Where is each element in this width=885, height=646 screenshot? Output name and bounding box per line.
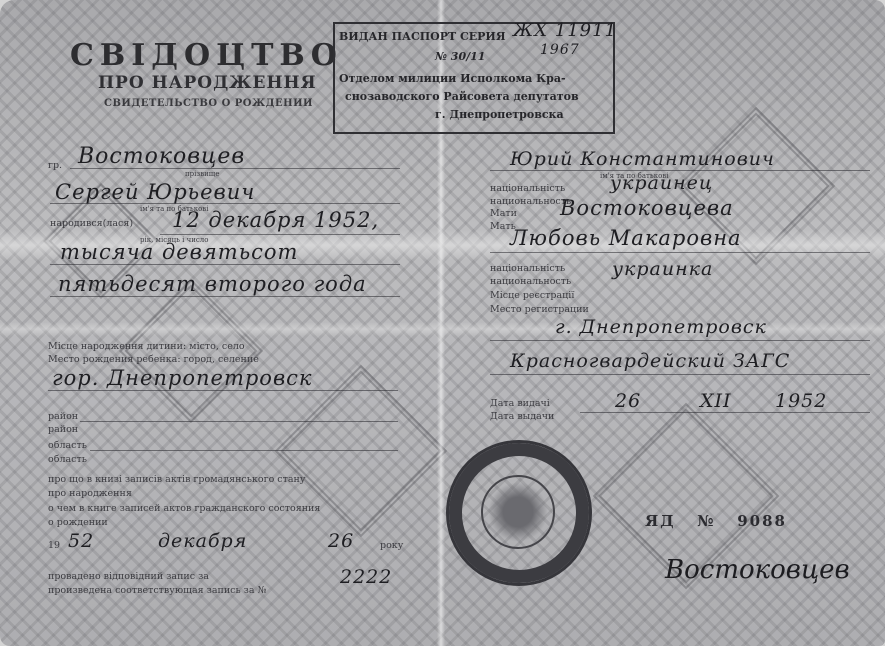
value-name-patronymic: Сергей Юрьевич [55, 180, 255, 204]
stamp-passport-number: ЖХ 11911 [513, 20, 617, 41]
value-record-day: 26 [328, 530, 354, 552]
label-mother-nationality: національність [490, 263, 565, 274]
value-birth-date: 12 декабря 1952, [172, 208, 379, 232]
value-father-nationality: украинец [610, 172, 713, 194]
value-surname: Востоковцев [78, 144, 245, 169]
rule [490, 170, 870, 171]
label-raion-uk: район [48, 411, 78, 422]
value-birth-words-2: пятьдесят второго года [58, 272, 367, 296]
rule [48, 390, 398, 391]
serial-no-sign: № [697, 512, 715, 530]
value-father-name: Юрий Константинович [510, 148, 775, 170]
document-subtitle-ru: СВИДЕТЕЛЬСТВО О РОЖДЕНИИ [104, 98, 313, 109]
value-registry-place-1: г. Днепропетровск [555, 316, 767, 338]
rule [50, 203, 400, 204]
value-birth-words-1: тысяча девятьсот [60, 240, 298, 264]
value-issue-year: 1952 [775, 390, 827, 412]
value-issue-month: XII [700, 390, 732, 412]
label-registry-ru3: о рождении [48, 517, 108, 528]
serial-value: 9088 [737, 512, 787, 530]
stamp-year: 1967 [540, 42, 580, 58]
official-seal [446, 440, 592, 586]
label-registry-ru2: о чем в книге записей актов гражданского… [48, 503, 320, 514]
document-title: СВІДОЦТВО [70, 38, 343, 73]
rule [490, 374, 870, 375]
stamp-line-3: Отделом милиции Исполкома Кра- [339, 72, 566, 85]
label-issue-date-ru: Дата выдачи [490, 411, 554, 422]
rule [50, 296, 400, 297]
label-father-nationality-ru: национальность [490, 196, 571, 207]
label-father-nationality: національність [490, 183, 565, 194]
label-registration-place: Місце реєстрації [490, 290, 574, 301]
label-mother: Мати [490, 208, 517, 219]
label-registry-ru: про народження [48, 488, 132, 499]
registrar-signature: Востоковцев [665, 555, 850, 585]
label-record-made-ru: произведена соответствующая запись за № [48, 585, 267, 596]
label-registry-uk: про що в книзі записів актів громадянськ… [48, 474, 305, 485]
hint-surname: прізвище [185, 170, 219, 178]
label-year-prefix: 19 [48, 540, 60, 551]
value-registry-place-2: Красногвардейский ЗАГС [510, 350, 790, 372]
birth-certificate-scan: СВІДОЦТВО ПРО НАРОДЖЕННЯ СВИДЕТЕЛЬСТВО О… [0, 0, 885, 646]
value-mother-name: Любовь Макаровна [510, 226, 742, 250]
label-born: народився(лася) [50, 218, 133, 229]
rule [90, 450, 398, 451]
serial-number: ЯД № 9088 [645, 512, 787, 530]
rule [490, 340, 870, 341]
passport-stamp: ВИДАН ПАСПОРТ СЕРИЯ ЖХ 11911 № 30/11 196… [333, 22, 615, 134]
label-year-word: року [380, 540, 403, 551]
value-record-month: декабря [158, 530, 247, 552]
rule [580, 412, 870, 413]
label-mother-nationality-ru: национальность [490, 276, 571, 287]
label-oblast-uk: область [48, 440, 87, 451]
label-registration-place-ru: Место регистрации [490, 304, 589, 315]
label-oblast-ru: область [48, 454, 87, 465]
label-place-of-birth-uk: Місце народження дитини: місто, село [48, 341, 245, 352]
rule [80, 421, 398, 422]
seal-emblem-icon [481, 475, 555, 549]
serial-label: ЯД [645, 512, 676, 530]
stamp-line-5: г. Днепропетровска [435, 108, 564, 121]
value-mother-nationality: украинка [612, 258, 713, 280]
label-place-of-birth-ru: Место рождения ребенка: город, селение [48, 354, 259, 365]
value-record-year: 52 [68, 530, 94, 552]
document-subtitle: ПРО НАРОДЖЕННЯ [98, 73, 317, 93]
stamp-line-1: ВИДАН ПАСПОРТ СЕРИЯ [339, 30, 506, 43]
label-record-made: провадено відповідний запис за [48, 571, 209, 582]
rule [160, 234, 400, 235]
label-raion-ru: район [48, 424, 78, 435]
value-issue-day: 26 [615, 390, 641, 412]
rule [490, 252, 870, 253]
rule [70, 168, 400, 169]
stamp-line-2: № 30/11 [435, 50, 485, 63]
label-issue-date: Дата видачі [490, 398, 550, 409]
value-mother-surname: Востоковцева [560, 196, 734, 220]
label-citizen: гр. [48, 160, 62, 171]
value-record-number: 2222 [340, 566, 392, 588]
rule [50, 264, 400, 265]
value-birthplace: гор. Днепропетровск [52, 366, 312, 390]
stamp-line-4: снозаводского Райсовета депутатов [345, 90, 579, 103]
